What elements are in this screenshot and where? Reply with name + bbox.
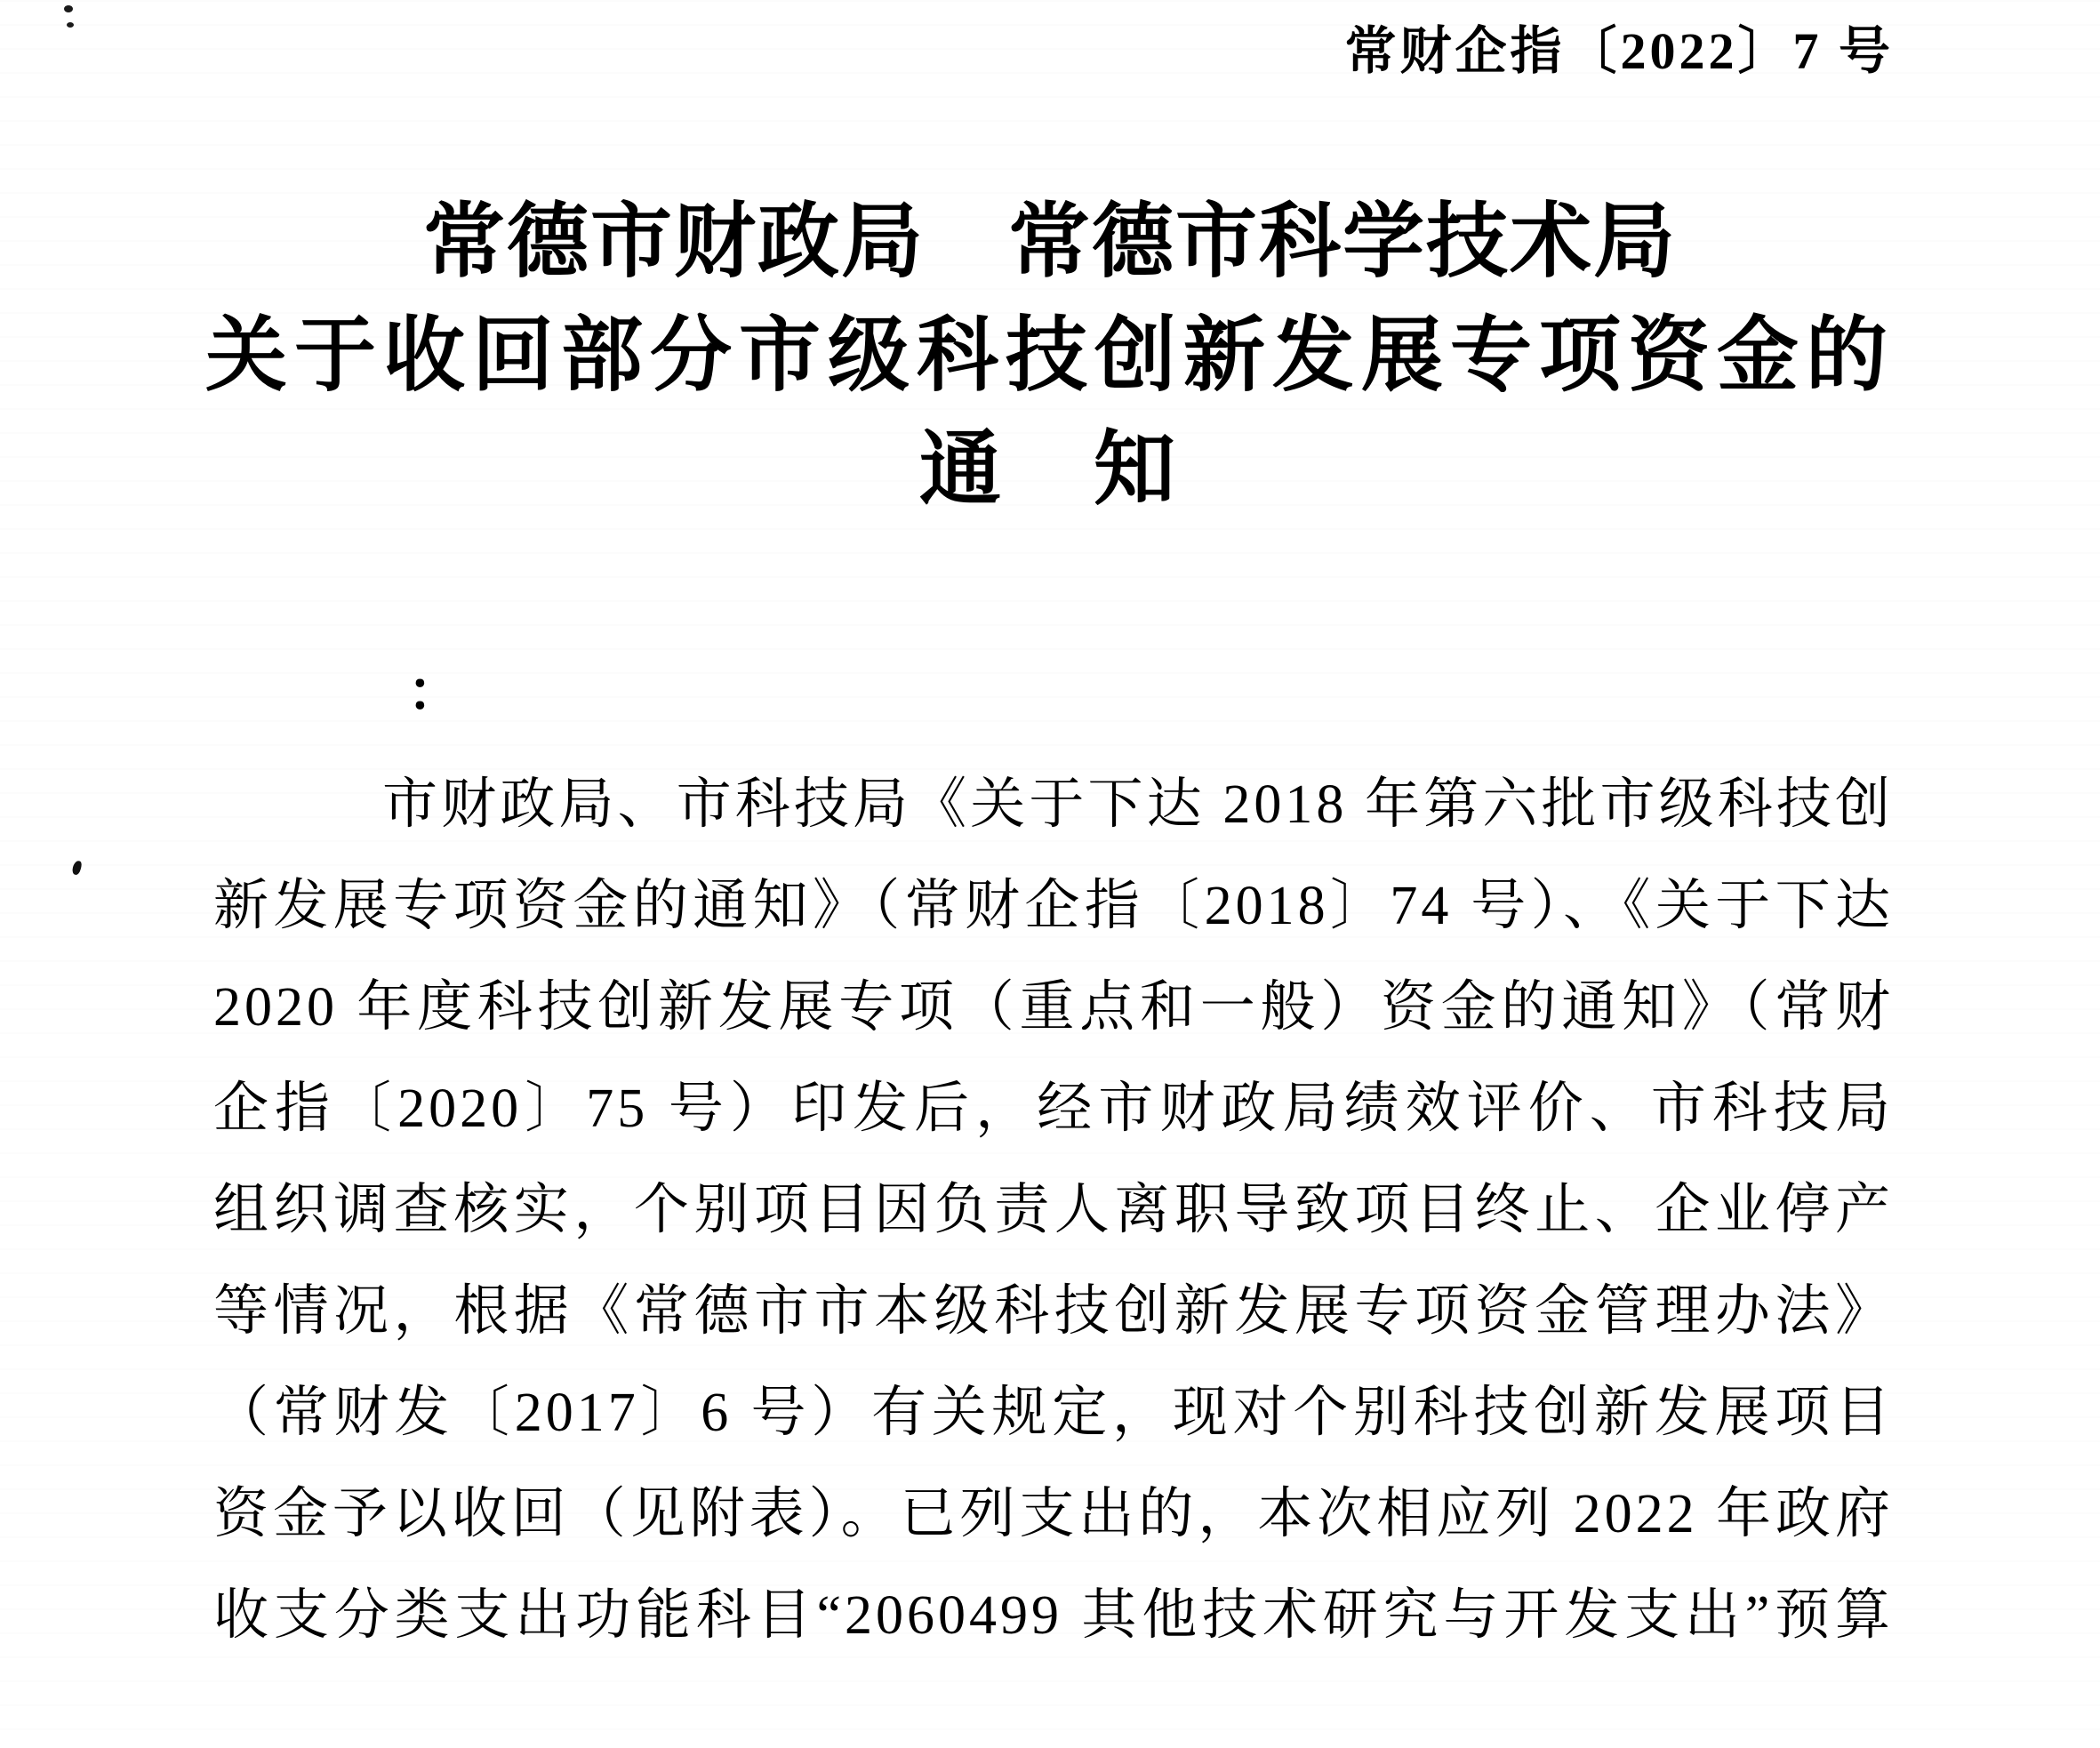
- body-line: 收支分类支出功能科目“2060499 其他技术研究与开发支出”预算: [213, 1565, 1894, 1666]
- body-line: （常财发〔2017〕6 号）有关规定，现对个别科技创新发展项目: [213, 1362, 1894, 1463]
- body-line: 新发展专项资金的通知》（常财企指〔2018〕74 号）、《关于下达: [213, 855, 1894, 957]
- scanned-document-page: 常财企指〔2022〕7 号 常德市财政局 常德市科学技术局 关于收回部分市级科技…: [0, 0, 2100, 1748]
- body-line: 2020 年度科技创新发展专项（重点和一般）资金的通知》（常财: [213, 957, 1894, 1058]
- title-notice-word: 通 知: [0, 413, 2100, 526]
- addressee-line: ：: [213, 647, 462, 726]
- addressee-colon: ：: [213, 662, 462, 723]
- scan-speck-icon: [71, 860, 83, 876]
- body-line: 企指〔2020〕75 号）印发后，经市财政局绩效评价、市科技局: [213, 1058, 1894, 1159]
- body-line: 组织调查核实，个别项目因负责人离职导致项目终止、企业停产: [213, 1159, 1894, 1261]
- body-paragraph: 市财政局、市科技局《关于下达 2018 年第六批市级科技创 新发展专项资金的通知…: [213, 754, 1894, 1666]
- body-line: 市财政局、市科技局《关于下达 2018 年第六批市级科技创: [213, 754, 1894, 855]
- body-line: 等情况，根据《常德市市本级科技创新发展专项资金管理办法》: [213, 1261, 1894, 1362]
- body-line: 资金予以收回（见附表）。已列支出的，本次相应列 2022 年政府: [213, 1463, 1894, 1565]
- scan-speck-icon: [64, 5, 73, 12]
- title-subject: 关于收回部分市级科技创新发展专项资金的: [0, 299, 2100, 413]
- document-title: 常德市财政局 常德市科学技术局 关于收回部分市级科技创新发展专项资金的 通 知: [0, 185, 2100, 526]
- title-issuing-agencies: 常德市财政局 常德市科学技术局: [0, 185, 2100, 299]
- document-number: 常财企指〔2022〕7 号: [1344, 9, 1894, 84]
